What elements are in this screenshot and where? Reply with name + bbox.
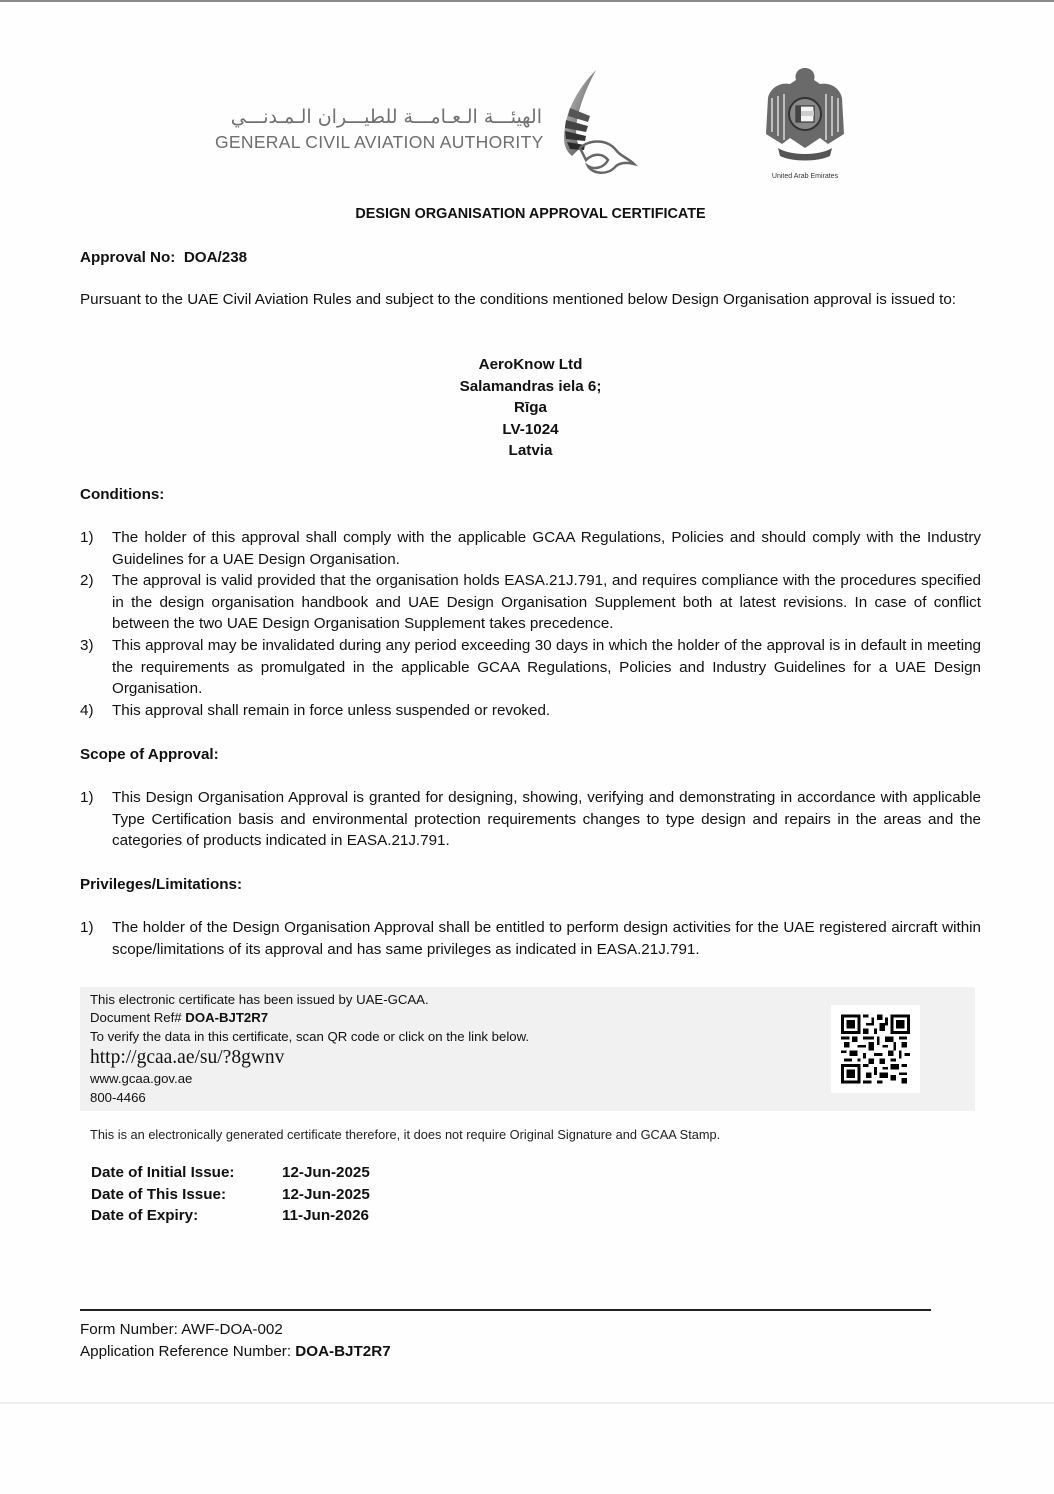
holder-postcode: LV-1024	[80, 419, 981, 441]
gcaa-falcon-wing-icon	[558, 68, 642, 178]
uae-falcon-emblem-icon	[760, 64, 850, 168]
qr-code-icon	[841, 1014, 910, 1084]
holder-country: Latvia	[80, 440, 981, 462]
approval-label: Approval No:	[80, 249, 175, 266]
holder-name: AeroKnow Ltd	[80, 354, 981, 376]
doc-ref-value: DOA-BJT2R7	[185, 1010, 268, 1025]
holder-address: AeroKnow Ltd Salamandras iela 6; Rīga LV…	[80, 354, 981, 462]
item-text: This approval may be invalidated during …	[112, 637, 981, 697]
condition-item: 2)The approval is valid provided that th…	[80, 570, 981, 635]
conditions-heading: Conditions:	[80, 484, 981, 506]
date-value: 11-Jun-2026	[282, 1205, 369, 1227]
item-number: 1)	[80, 787, 94, 809]
form-number: Form Number: AWF-DOA-002	[80, 1319, 391, 1341]
emblem-caption: United Arab Emirates	[760, 173, 850, 180]
verify-instructions: To verify the data in this certificate, …	[90, 1028, 529, 1046]
issued-by: This electronic certificate has been iss…	[90, 991, 529, 1009]
scope-heading: Scope of Approval:	[80, 744, 981, 766]
scope-item: 1)This Design Organisation Approval is g…	[80, 787, 981, 852]
item-number: 2)	[80, 570, 94, 592]
approval-value: DOA/238	[184, 249, 247, 266]
privilege-item: 1)The holder of the Design Organisation …	[80, 917, 981, 960]
certificate-title: DESIGN ORGANISATION APPROVAL CERTIFICATE	[80, 204, 981, 226]
privileges-list: 1)The holder of the Design Organisation …	[80, 917, 981, 960]
approval-number: Approval No: DOA/238	[80, 247, 981, 269]
verification-box: This electronic certificate has been iss…	[80, 987, 975, 1111]
qr-code[interactable]	[831, 1005, 920, 1093]
date-value: 12-Jun-2025	[282, 1162, 370, 1184]
form-number-value: AWF-DOA-002	[181, 1321, 283, 1338]
application-reference: Application Reference Number: DOA-BJT2R7	[80, 1341, 391, 1363]
footer-divider	[80, 1309, 931, 1311]
app-ref-label: Application Reference Number:	[80, 1343, 291, 1360]
date-row: Date of This Issue:12-Jun-2025	[91, 1184, 370, 1206]
condition-item: 4)This approval shall remain in force un…	[80, 700, 981, 722]
page-separator	[0, 1402, 1054, 1404]
date-label: Date of Initial Issue:	[91, 1162, 282, 1184]
condition-item: 3)This approval may be invalidated durin…	[80, 635, 981, 700]
item-number: 1)	[80, 527, 94, 549]
date-label: Date of This Issue:	[91, 1184, 282, 1206]
item-number: 3)	[80, 635, 94, 657]
dates-table: Date of Initial Issue:12-Jun-2025 Date o…	[91, 1162, 370, 1227]
verification-link[interactable]: http://gcaa.ae/su/?8gwnv	[90, 1046, 529, 1070]
date-label: Date of Expiry:	[91, 1205, 282, 1227]
holder-street: Salamandras iela 6;	[80, 376, 981, 398]
conditions-list: 1)The holder of this approval shall comp…	[80, 527, 981, 721]
scope-list: 1)This Design Organisation Approval is g…	[80, 787, 981, 852]
authority-name-english: GENERAL CIVIL AVIATION AUTHORITY	[215, 132, 544, 153]
form-number-label: Form Number:	[80, 1321, 178, 1338]
item-text: The approval is valid provided that the …	[112, 572, 981, 632]
footer: Form Number: AWF-DOA-002 Application Ref…	[80, 1319, 391, 1363]
privileges-heading: Privileges/Limitations:	[80, 874, 981, 896]
app-ref-value: DOA-BJT2R7	[295, 1343, 390, 1360]
date-value: 12-Jun-2025	[282, 1184, 370, 1206]
item-text: The holder of this approval shall comply…	[112, 529, 981, 568]
document-ref: Document Ref# DOA-BJT2R7	[90, 1009, 529, 1027]
holder-city: Rīga	[80, 397, 981, 419]
authority-name-arabic: الهيئـــة الـعـامـــة للطيـــران الـمـدن…	[212, 106, 542, 128]
uae-emblem: United Arab Emirates	[760, 64, 850, 180]
gcaa-logo: الهيئـــة الـعـامـــة للطيـــران الـمـدن…	[212, 68, 642, 178]
doc-ref-label: Document Ref#	[90, 1010, 182, 1025]
electronic-note: This is an electronically generated cert…	[90, 1127, 720, 1142]
date-row: Date of Initial Issue:12-Jun-2025	[91, 1162, 370, 1184]
website[interactable]: www.gcaa.gov.ae	[90, 1070, 529, 1088]
item-number: 1)	[80, 917, 94, 939]
item-number: 4)	[80, 700, 94, 722]
verification-text: This electronic certificate has been iss…	[90, 991, 529, 1107]
intro-paragraph: Pursuant to the UAE Civil Aviation Rules…	[80, 289, 981, 311]
top-border	[0, 0, 1054, 2]
item-text: This Design Organisation Approval is gra…	[112, 789, 981, 849]
date-row: Date of Expiry:11-Jun-2026	[91, 1205, 370, 1227]
item-text: The holder of the Design Organisation Ap…	[112, 919, 981, 958]
phone-number: 800-4466	[90, 1089, 529, 1107]
condition-item: 1)The holder of this approval shall comp…	[80, 527, 981, 570]
item-text: This approval shall remain in force unle…	[112, 702, 550, 719]
